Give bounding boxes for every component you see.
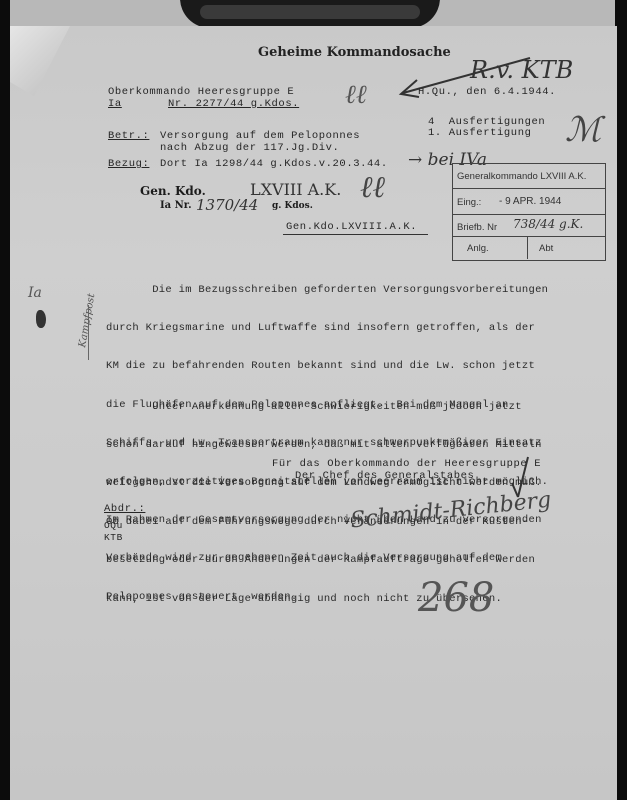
place-date: H.Qu., den 6.4.1944. (418, 86, 556, 98)
copy-number: 1. Ausfertigung (428, 127, 532, 139)
handwritten-initials-2: ℓℓ (360, 170, 385, 205)
distribution-label: Abdr.: (104, 503, 145, 515)
stamp-briefb-value: 738/44 g.K. (513, 217, 583, 231)
binder-clip-bar (200, 5, 420, 19)
subject-label: Betr.: (108, 130, 149, 142)
page-number: 268 (418, 575, 494, 621)
margin-note-ia: Ia (28, 285, 42, 301)
reference-text: Dort Ia 1298/44 g.Kdos.v.20.3.44. (160, 158, 388, 170)
closing-line-2: Der Chef des Generalstabes (295, 470, 474, 482)
ink-blot (36, 310, 46, 328)
stamp-gkdos: g. Kdos. (272, 201, 313, 211)
handwritten-mark: ℳ (565, 110, 601, 150)
stamp-anlg-label: Anlg. (467, 243, 489, 254)
stamp-ia-number: 1370/44 (196, 196, 258, 214)
divider (283, 234, 428, 235)
subject-line-2: nach Abzug der 117.Jg.Div. (160, 142, 339, 154)
reference-label: Bezug: (108, 158, 149, 170)
stamp-gen-kdo-line: Gen.Kdo.LXVIII.A.K. (286, 221, 417, 233)
distribution-ktb: KTB (104, 532, 123, 544)
stamp-eing-label: Eing.: (457, 197, 481, 208)
stamp-header: Generalkommando LXVIII A.K. (457, 171, 586, 182)
stamp-abt-label: Abt (539, 243, 553, 254)
closing-line-1: Für das Oberkommando der Heeresgruppe E (272, 458, 541, 470)
sender-line: Oberkommando Heeresgruppe E (108, 86, 294, 98)
distribution-oqu: OQu (104, 520, 123, 532)
sender-dept: Ia (108, 98, 122, 110)
subject-line-1: Versorgung auf dem Peloponnes (160, 130, 360, 142)
stamp-briefb-label: Briefb. Nr (457, 222, 497, 233)
stamp-eing-date: - 9 APR. 1944 (499, 196, 561, 207)
entry-stamp: Generalkommando LXVIII A.K. Eing.: - 9 A… (452, 163, 606, 261)
stamp-corps: LXVIII A.K. (250, 180, 341, 199)
handwritten-initials: ℓℓ (345, 80, 367, 110)
margin-line (88, 305, 89, 360)
stamp-ia-nr: Ia Nr. (160, 200, 192, 211)
sender-ref: Nr. 2277/44 g.Kdos. (168, 98, 299, 110)
